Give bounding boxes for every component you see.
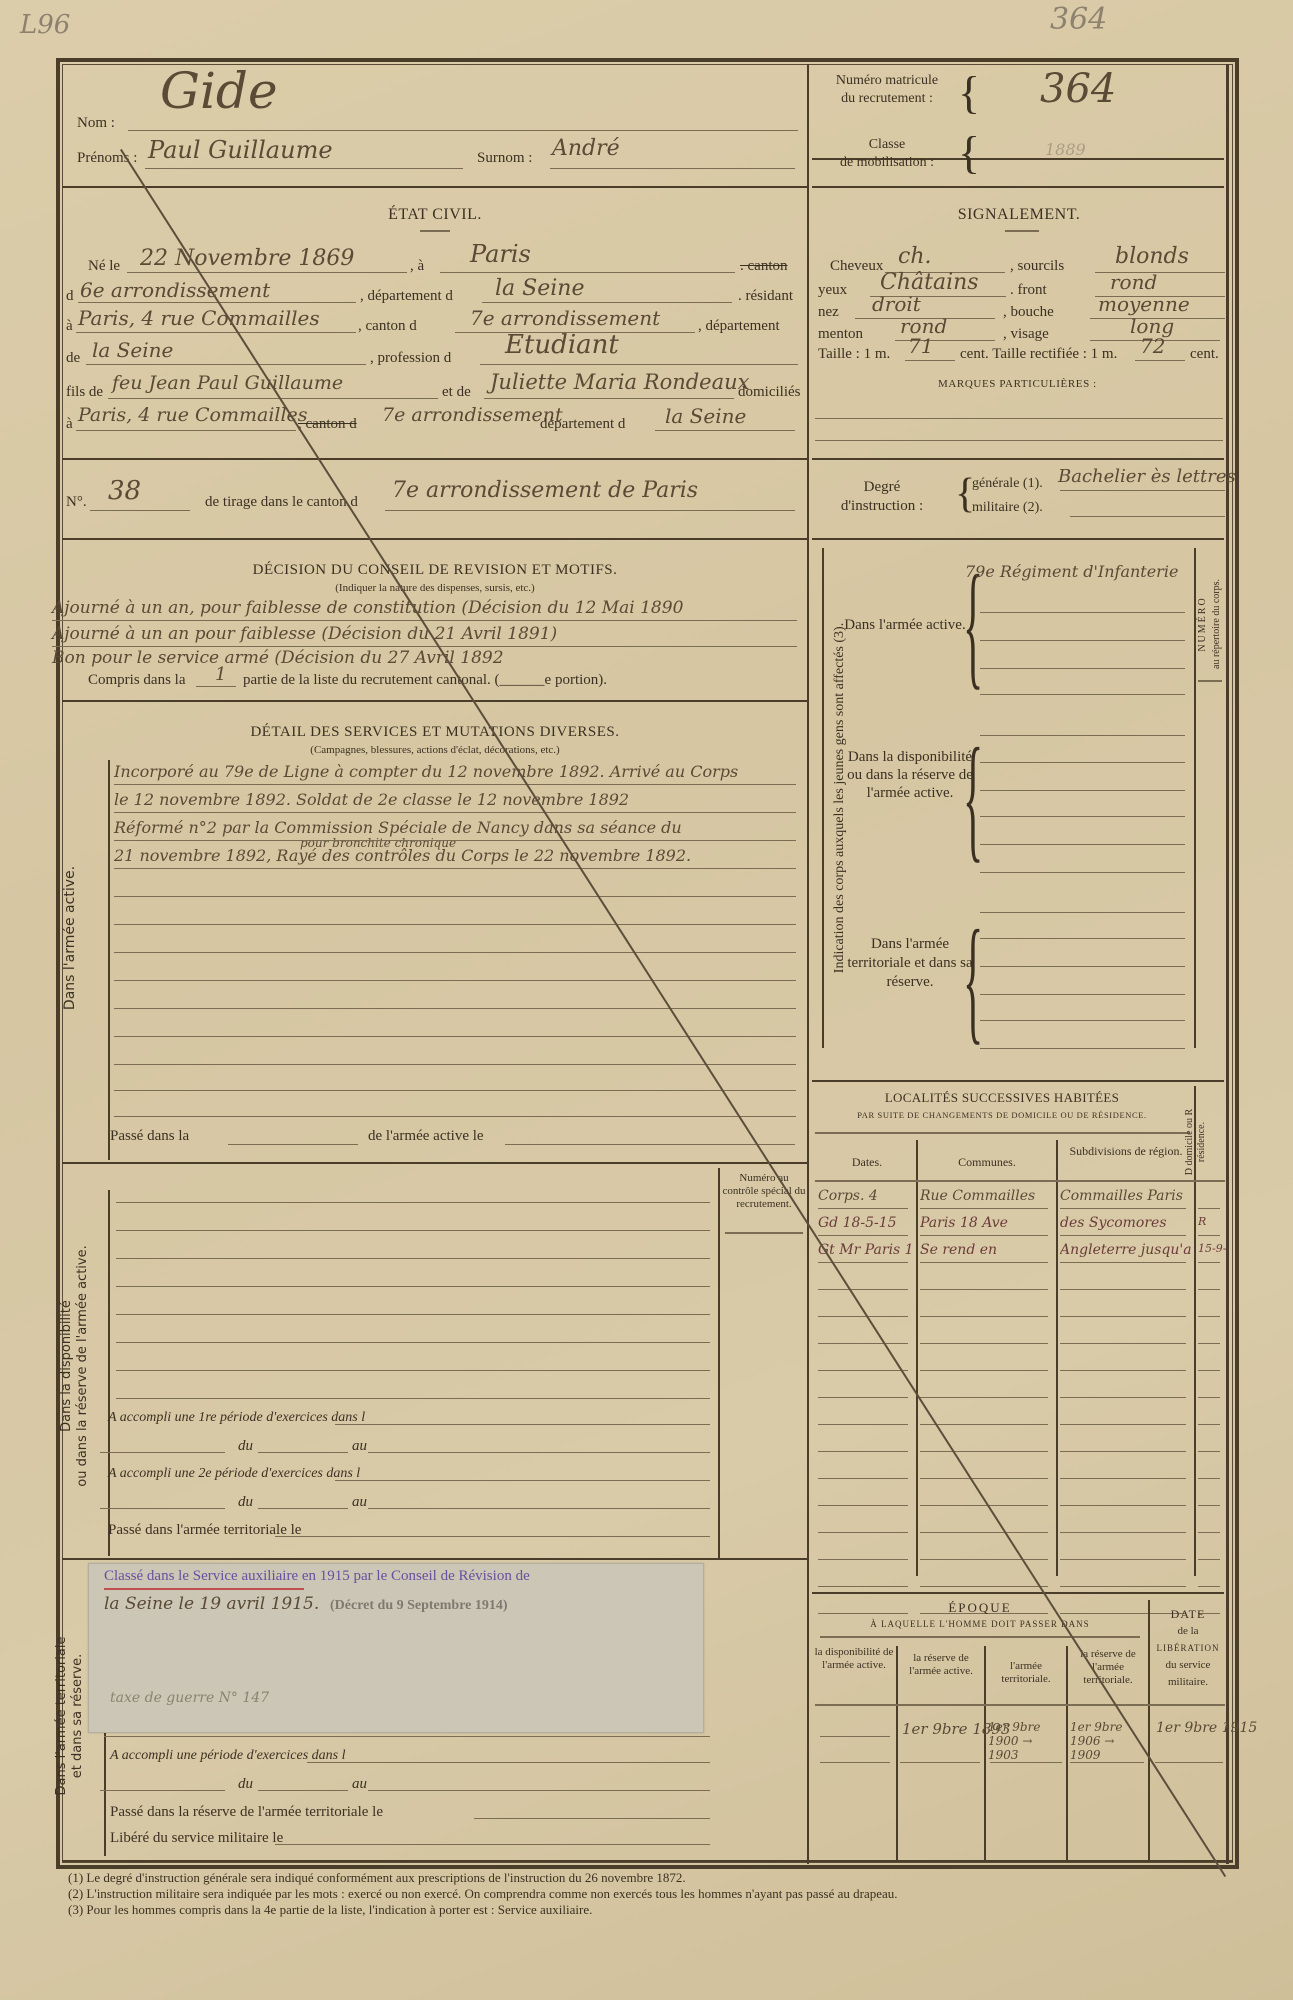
numero-repertoire-label: NUMÉRO au répertoire du corps. [1196, 554, 1224, 694]
etat-civil-title: ÉTAT CIVIL. [62, 206, 808, 224]
classe-label: Classe de mobilisation : [822, 136, 952, 172]
numero-controle-label: Numéro au contrôle spécial du recrutemen… [722, 1172, 806, 1211]
departement-naissance: la Seine [495, 276, 584, 301]
localites-cell: Se rend en [920, 1242, 1054, 1258]
liberation-header: DATE de la LIBÉRATION du service militai… [1150, 1606, 1226, 1691]
footnote: (3) Pour les hommes compris dans la 4e p… [68, 1902, 592, 1918]
instruction-generale-value: Bachelier ès lettres [1058, 466, 1236, 487]
matricule-value: 364 [1040, 66, 1116, 112]
sourcils-value: blonds [1115, 244, 1189, 269]
col-communes: Communes. [920, 1155, 1054, 1170]
residence: Paris, 4 rue Commailles [78, 306, 320, 330]
disponibilite-side-label: Dans la disponibilité ou dans la réserve… [59, 1226, 91, 1506]
decision-line: Ajourné à un an pour faiblesse (Décision… [52, 624, 557, 644]
instruction-label: Degré d'instruction : [822, 478, 942, 516]
service-auxiliaire-stamp: Classé dans le Service auxiliaire en 191… [104, 1568, 530, 1585]
service-line: Réformé n°2 par la Commission Spéciale d… [114, 818, 682, 837]
nom-value: Gide [160, 62, 278, 120]
signalement-title: SIGNALEMENT. [812, 206, 1226, 224]
tirage-number: 38 [108, 476, 141, 506]
services-title: DÉTAIL DES SERVICES ET MUTATIONS DIVERSE… [62, 724, 808, 741]
surnom-label: Surnom : [477, 150, 532, 167]
canton-naissance: 6e arrondissement [80, 278, 270, 302]
col-dates: Dates. [820, 1155, 914, 1170]
lieu-naissance: Paris [470, 240, 531, 268]
matricule-label: Numéro matricule [822, 72, 952, 90]
corps-active-label: Dans l'armée active. [840, 615, 970, 635]
nom-label: Nom : [77, 115, 115, 132]
service-line: 21 novembre 1892, Rayé des contrôles du … [114, 846, 691, 865]
localites-cell: Corps. 4 [818, 1188, 914, 1204]
decret-stamp: (Décret du 9 Septembre 1914) [330, 1598, 508, 1614]
services-side-label: Dans l'armée active. [62, 838, 78, 1038]
departement-residence: la Seine [92, 338, 173, 362]
territoriale-side-label: Dans l'armée territoriale et dans sa rés… [54, 1606, 86, 1826]
mere: Juliette Maria Rondeaux [490, 370, 750, 394]
decision-line: Ajourné à un an, pour faiblesse de const… [52, 598, 683, 618]
localites-cell: Gt Mr Paris 16-5-18 [818, 1242, 914, 1258]
pere: feu Jean Paul Guillaume [112, 372, 343, 394]
date-naissance: 22 Novembre 1869 [140, 246, 354, 271]
service-line: Incorporé au 79e de Ligne à compter du 1… [114, 762, 738, 781]
localites-cell: Gd 18-5-15 [818, 1215, 914, 1231]
decision-line: Bon pour le service armé (Décision du 27… [52, 648, 504, 668]
marques-particulieres-label: MARQUES PARTICULIÈRES : [938, 378, 1097, 390]
compris-partie: 1 [215, 664, 226, 685]
domicile-parents: Paris, 4 rue Commailles [78, 404, 308, 426]
tirage-canton: 7e arrondissement de Paris [392, 478, 698, 503]
bouche-value: moyenne [1098, 292, 1190, 316]
cheveux-value: ch. [898, 244, 931, 269]
taxe-note: taxe de guerre N° 147 [110, 1690, 269, 1706]
classe-value: 1889 [1045, 140, 1086, 159]
localites-cell: Paris 18 Ave [920, 1215, 1054, 1231]
service-line: le 12 novembre 1892. Soldat de 2e classe… [114, 790, 629, 809]
nez-value: droit [872, 292, 921, 316]
corps-disponibilite-label: Dans la disponibilité ou dans la réserve… [840, 748, 980, 802]
taille-rectifiee-value: 72 [1140, 334, 1165, 358]
epoque-col: l'armée territoriale. [986, 1660, 1066, 1686]
localites-cell: 15-9-18 [1198, 1242, 1226, 1255]
profession: Etudiant [505, 330, 619, 360]
footnote: (1) Le degré d'instruction générale sera… [68, 1870, 686, 1886]
conseil-date: la Seine le 19 avril 1915. [104, 1594, 319, 1614]
epoque-col: la réserve de l'armée active. [898, 1652, 984, 1678]
corner-number: 364 [1050, 2, 1107, 37]
taille-value: 71 [908, 334, 933, 358]
prenoms-value: Paul Guillaume [148, 136, 333, 164]
decision-title: DÉCISION DU CONSEIL DE REVISION ET MOTIF… [62, 562, 808, 579]
footnote: (2) L'instruction militaire sera indiqué… [68, 1886, 898, 1902]
front-value: rond [1110, 270, 1157, 294]
surnom-value: André [552, 136, 620, 161]
col-subdivisions: Subdivisions de région. [1062, 1144, 1190, 1158]
localites-cell: Commailles Paris [1060, 1188, 1192, 1204]
localites-cell: Angleterre jusqu'au [1060, 1242, 1192, 1258]
margin-note: L96 [20, 10, 70, 40]
canton-residence: 7e arrondissement [470, 306, 660, 330]
localites-cell: R [1198, 1215, 1226, 1228]
liberation-value: 1er 9bre 1915 [1156, 1720, 1257, 1736]
departement-parents: la Seine [665, 404, 746, 428]
localites-cell: des Sycomores [1060, 1215, 1192, 1231]
corps-territoriale-label: Dans l'armée territoriale et dans sa rés… [840, 935, 980, 992]
corps-active-value: 79e Régiment d'Infanterie [965, 562, 1178, 581]
canton-parents: 7e arrondissement [382, 404, 563, 426]
epoque-reserve-territoriale-value: 1er 9bre 1906 → 1909 [1070, 1720, 1148, 1762]
localites-title: LOCALITÉS SUCCESSIVES HABITÉES [812, 1090, 1192, 1106]
epoque-title: ÉPOQUE [812, 1600, 1148, 1616]
epoque-territoriale-value: 1er 9bre 1900 → 1903 [988, 1720, 1066, 1762]
col-domicile: D domicile ou R résidence. [1184, 1102, 1208, 1182]
localites-cell: Rue Commailles [920, 1188, 1054, 1204]
epoque-col: la réserve de l'armée territoriale. [1068, 1648, 1148, 1687]
epoque-col: la disponibilité de l'armée active. [812, 1646, 896, 1672]
